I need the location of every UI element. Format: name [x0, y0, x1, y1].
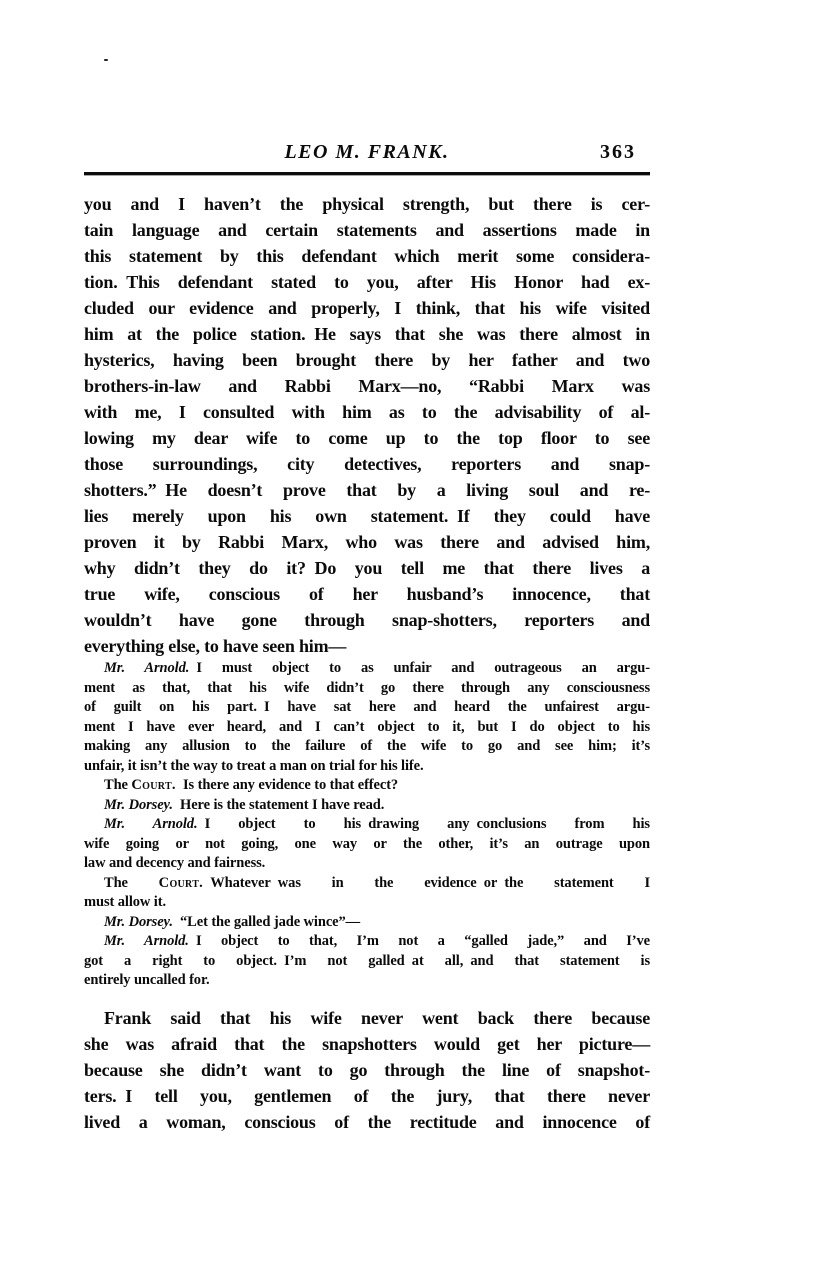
text-line: she was afraid that the snapshotters wou…: [84, 1031, 650, 1057]
text-line: him at the police station. He says that …: [84, 321, 650, 347]
text-line: entirely uncalled for.: [84, 971, 650, 991]
scan-speck-icon: [104, 59, 108, 61]
page-number: 363: [600, 140, 636, 164]
text-line: Mr. Arnold. I must object to as unfair a…: [84, 659, 650, 679]
text-line: lowing my dear wife to come up to the to…: [84, 425, 650, 451]
text-line: must allow it.: [84, 893, 650, 913]
header-rule: [84, 172, 650, 175]
text-line: lies merely upon his own statement. If t…: [84, 503, 650, 529]
argument-paragraph: you and I haven’t the physical strength,…: [84, 191, 650, 659]
text-line: why didn’t they do it? Do you tell me th…: [84, 555, 650, 581]
text-line: making any allusion to the failure of th…: [84, 737, 650, 757]
text-line: brothers-in-law and Rabbi Marx—no, “Rabb…: [84, 373, 650, 399]
text-line: true wife, conscious of her husband’s in…: [84, 581, 650, 607]
text-line: Mr. Dorsey. Here is the statement I have…: [84, 796, 650, 816]
text-line: cluded our evidence and properly, I thin…: [84, 295, 650, 321]
text-line: with me, I consulted with him as to the …: [84, 399, 650, 425]
text-line: everything else, to have seen him—: [84, 633, 650, 659]
text-line: because she didn’t want to go through th…: [84, 1057, 650, 1083]
text-line: tain language and certain statements and…: [84, 217, 650, 243]
closing-paragraph: Frank said that his wife never went back…: [84, 1005, 650, 1135]
speaker-name: Court.: [159, 875, 203, 891]
text-line: law and decency and fairness.: [84, 854, 650, 874]
text-line: hysterics, having been brought there by …: [84, 347, 650, 373]
speaker-name: Mr. Dorsey.: [104, 914, 173, 930]
running-title: LEO M. FRANK.: [84, 140, 650, 164]
text-line: got a right to object. I’m not galled at…: [84, 952, 650, 972]
court-dialogue: Mr. Arnold. I must object to as unfair a…: [84, 659, 650, 991]
text-line: The Court. Is there any evidence to that…: [84, 776, 650, 796]
text-line: of guilt on his part. I have sat here an…: [84, 698, 650, 718]
speaker-name: The: [104, 777, 131, 793]
book-page: LEO M. FRANK. 363 you and I haven’t the …: [84, 140, 650, 1135]
text-line: unfair, it isn’t the way to treat a man …: [84, 757, 650, 777]
text-line: you and I haven’t the physical strength,…: [84, 191, 650, 217]
speaker-name: Mr. Arnold.: [104, 660, 189, 676]
text-line: wouldn’t have gone through snap-shotters…: [84, 607, 650, 633]
speaker-name: Mr. Arnold.: [104, 816, 197, 832]
speaker-name: Court.: [131, 777, 175, 793]
text-line: those surroundings, city detectives, rep…: [84, 451, 650, 477]
text-line: Mr. Dorsey. “Let the galled jade wince”—: [84, 913, 650, 933]
text-line: ment I have ever heard, and I can’t obje…: [84, 718, 650, 738]
speaker-name: The: [104, 875, 159, 891]
text-line: tion. This defendant stated to you, afte…: [84, 269, 650, 295]
text-line: wife going or not going, one way or the …: [84, 835, 650, 855]
text-line: The Court. Whatever was in the evidence …: [84, 874, 650, 894]
speaker-name: Mr. Arnold.: [104, 933, 189, 949]
text-line: shotters.” He doesn’t prove that by a li…: [84, 477, 650, 503]
page-header: LEO M. FRANK. 363: [84, 140, 650, 166]
text-line: lived a woman, conscious of the rectitud…: [84, 1109, 650, 1135]
text-line: this statement by this defendant which m…: [84, 243, 650, 269]
text-line: Mr. Arnold. I object to that, I’m not a …: [84, 932, 650, 952]
text-line: ment as that, that his wife didn’t go th…: [84, 679, 650, 699]
text-line: ters. I tell you, gentlemen of the jury,…: [84, 1083, 650, 1109]
speaker-name: Mr. Dorsey.: [104, 797, 173, 813]
text-line: proven it by Rabbi Marx, who was there a…: [84, 529, 650, 555]
text-line: Mr. Arnold. I object to his drawing any …: [84, 815, 650, 835]
text-line: Frank said that his wife never went back…: [84, 1005, 650, 1031]
